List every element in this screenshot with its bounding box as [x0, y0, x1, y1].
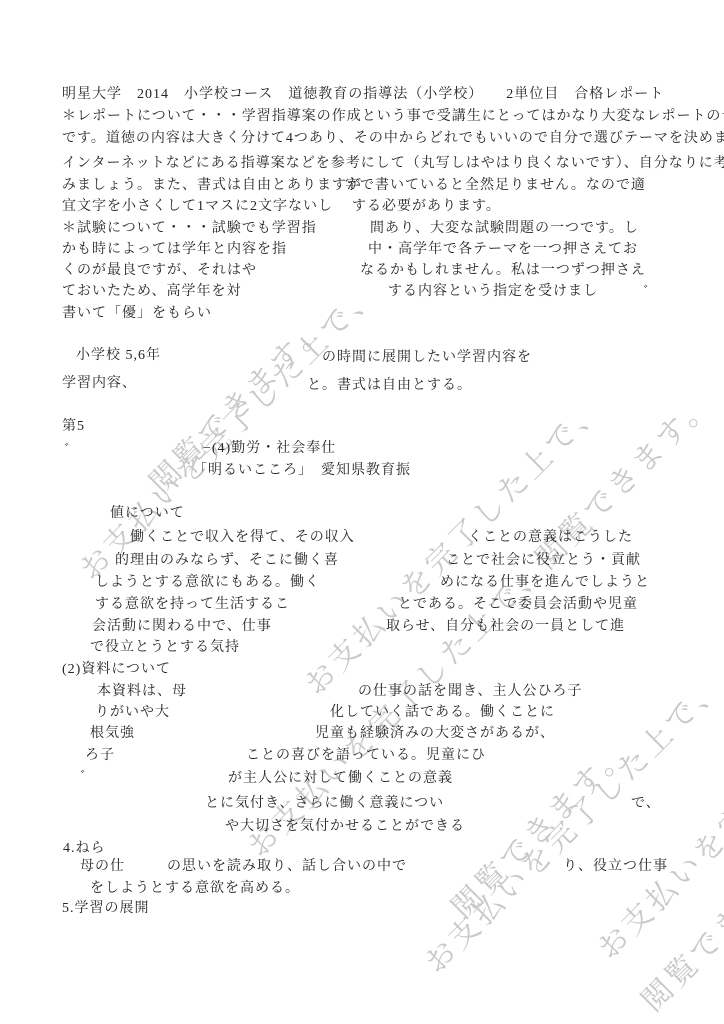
text-fragment: しようとする意欲にもある。働く	[95, 575, 320, 592]
text-fragment: ことの喜びを語っている。児童にひ	[246, 748, 486, 765]
text-fragment: 書いて「優」をもらい	[62, 306, 212, 323]
text-fragment: 間あり、大変な試験問題の一つです。し	[370, 221, 639, 238]
text-fragment: −(4)勤労・社会奉仕	[203, 441, 336, 458]
text-fragment: の仕事の話を聞き、主人公ひろ子	[358, 684, 582, 701]
text-fragment: ゛	[64, 444, 79, 461]
text-fragment: ゛	[643, 286, 658, 303]
text-fragment: ろ子	[85, 748, 115, 765]
text-fragment: くことの意義はこうした	[468, 530, 633, 547]
watermark-text: 閲覧できます。	[637, 829, 724, 1017]
text-fragment: で、	[631, 796, 661, 813]
text-fragment: り、役立つ仕事	[563, 859, 668, 876]
text-fragment: くのが最良ですが、それはや	[62, 263, 257, 280]
text-fragment: や大切さを気付かせることができる	[225, 819, 465, 836]
text-fragment: 学習内容、	[62, 376, 137, 393]
text-fragment: 根気強	[90, 726, 135, 743]
text-fragment: 中・高学年で各テーマを一つ押さえてお	[368, 242, 638, 259]
text-fragment: 字で書いていると全然足りません。なので適	[345, 178, 646, 195]
text-fragment: する内容という指定を受けまし	[388, 284, 598, 301]
text-fragment: 働くことで収入を得て、その収入	[130, 530, 355, 547]
text-fragment: 化していく話である。働くことに	[330, 705, 555, 722]
text-fragment: と。書式は自由とする。	[307, 378, 472, 395]
text-fragment: ておいたため、高学年を対	[62, 284, 241, 301]
text-fragment: する必要があります。	[352, 199, 501, 216]
text-fragment: みましょう。また、書式は自由とありますが	[62, 178, 362, 195]
text-fragment: 母の仕	[80, 859, 125, 876]
text-fragment: 的理由のみならず、そこに働く喜	[115, 553, 339, 570]
text-fragment: 会活動に関わる中で、仕事	[92, 619, 272, 636]
text-fragment: とに気付き、さらに働く意義につい	[205, 796, 444, 813]
text-fragment: 小学校 5,6年	[76, 348, 161, 365]
document-page: お支払いを完了した上で、閲覧できます。お支払いを完了した上で、お支払いを完了した…	[0, 0, 724, 1024]
text-fragment: 値について	[110, 506, 185, 523]
text-fragment: の思いを読み取り、話し合いの中で	[167, 859, 407, 876]
text-fragment: 明星大学 2014 小学校コース 道徳教育の指導法（小学校） 2単位目 合格レポ…	[62, 87, 664, 104]
text-fragment: 「明るいこころ」 愛知県教育振	[193, 463, 411, 480]
text-fragment: する意欲を持って生活するこ	[95, 597, 290, 614]
text-fragment: めになる仕事を進んでしようと	[440, 575, 650, 592]
text-fragment: で役立とうとする気持	[90, 640, 240, 657]
text-fragment: ゛	[80, 771, 95, 788]
text-fragment: とである。そこで委員会活動や児童	[398, 597, 638, 614]
text-fragment: 4.ねら	[63, 841, 106, 858]
text-fragment: が主人公に対して働くことの意義	[228, 771, 453, 788]
text-fragment: かも時によっては学年と内容を指	[62, 242, 287, 259]
text-fragment: インターネットなどにある指導案などを参考にして（丸写しはやはり良くないです）、自…	[62, 156, 724, 173]
text-fragment: 取らせ、自分も社会の一員として進	[386, 619, 625, 636]
text-fragment: 第5	[62, 419, 85, 436]
text-fragment: ＊試験について・・・試験でも学習指	[62, 221, 317, 238]
text-fragment: りがいや大	[95, 705, 170, 722]
text-fragment: 5.学習の展開	[62, 901, 150, 918]
text-fragment: (2)資料について	[62, 662, 171, 679]
text-fragment: 児童も経験済みの大変さがあるが、	[315, 726, 555, 743]
text-fragment: 宜文字を小さくして1マスに2文字ないし	[62, 199, 333, 216]
text-fragment: ことで社会に役立とう・貢献	[446, 553, 641, 570]
text-fragment: の時間に展開したい学習内容を	[322, 350, 532, 367]
text-fragment: です。道徳の内容は大きく分けて4つあり、その中からどれでもいいので自分で選びテー…	[62, 131, 724, 148]
text-fragment: ＊レポートについて・・・学習指導案の作成という事で受講生にとってはかなり大変なレ…	[62, 109, 724, 126]
text-fragment: 本資料は、母	[97, 684, 187, 701]
text-fragment: をしようとする意欲を高める。	[90, 881, 300, 898]
text-fragment: なるかもしれません。私は一つずつ押さえ	[360, 263, 646, 280]
